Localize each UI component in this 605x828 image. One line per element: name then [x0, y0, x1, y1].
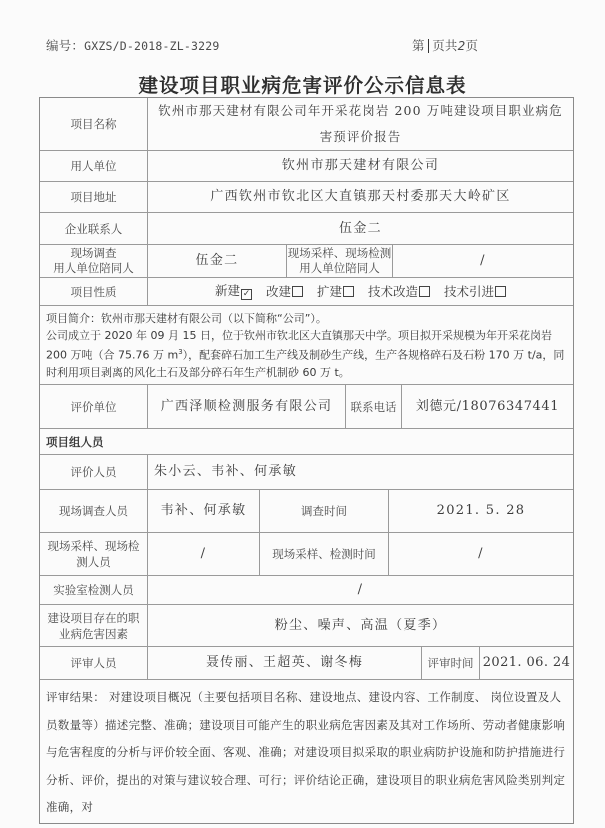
employer-label: 用人单位 — [40, 151, 147, 181]
sampling-time-value: / — [388, 533, 573, 575]
document-number-value: GXZS/D-2018-ZL-3229 — [84, 39, 219, 53]
phone-label: 联系电话 — [345, 385, 401, 428]
survey-staff-label: 现场调查人员 — [40, 490, 147, 532]
sampling-escort-label: 现场采样、现场检测 用人单位陪同人 — [286, 245, 392, 277]
survey-time-value: 2021. 5. 28 — [388, 490, 573, 532]
row-survey-staff: 现场调查人员 韦补、何承敏 调查时间 2021. 5. 28 — [40, 490, 573, 533]
sampling-escort-value: / — [392, 245, 573, 277]
review-time-value: 2021. 06. 24 — [479, 647, 573, 679]
survey-staff-value: 韦补、何承敏 — [147, 490, 259, 532]
hazards-value: 粉尘、噪声、高温（夏季） — [147, 605, 573, 646]
hazards-label: 建设项目存在的职业病危害因素 — [40, 605, 147, 646]
option-label: 技术引进 — [444, 284, 494, 299]
page-prefix: 第 — [412, 38, 425, 53]
document-number: 编号：GXZS/D-2018-ZL-3229 — [46, 36, 219, 54]
row-reviewers: 评审人员 聂传丽、王超英、谢冬梅 评审时间 2021. 06. 24 — [40, 647, 573, 680]
reviewers-value: 聂传丽、王超英、谢冬梅 — [147, 647, 421, 679]
row-escort: 现场调查 用人单位陪同人 伍金二 现场采样、现场检测 用人单位陪同人 / — [40, 245, 573, 278]
team-header: 项目组人员 — [40, 429, 573, 454]
nature-option-rebuild[interactable]: 改建 — [266, 284, 303, 300]
row-nature: 项目性质 新建✓ 改建 扩建 技术改造 技术引进 — [40, 278, 573, 306]
page-title: 建设项目职业病危害评价公示信息表 — [0, 70, 605, 98]
row-project-name: 项目名称 钦州市那天建材有限公司年开采花岗岩 200 万吨建设项目职业病危害预评… — [40, 98, 573, 151]
row-team-header: 项目组人员 — [40, 429, 573, 455]
option-label: 新建 — [215, 283, 240, 298]
checkbox-checked-icon[interactable]: ✓ — [241, 289, 252, 300]
info-table: 项目名称 钦州市那天建材有限公司年开采花岗岩 200 万吨建设项目职业病危害预评… — [39, 97, 574, 824]
project-name-value: 钦州市那天建材有限公司年开采花岗岩 200 万吨建设项目职业病危害预评价报告 — [147, 98, 573, 150]
document-number-label: 编号： — [46, 38, 84, 53]
phone-value: 刘德元/18076347441 — [401, 385, 573, 428]
row-intro: 项目简介：钦州市那天建材有限公司（以下简称“公司”）。 公司成立于 2020 年… — [40, 306, 573, 385]
address-label: 项目地址 — [40, 182, 147, 212]
evaluator-label: 评价单位 — [40, 385, 147, 428]
contact-value: 伍金二 — [147, 213, 573, 244]
nature-label: 项目性质 — [40, 278, 147, 305]
option-label: 改建 — [266, 284, 291, 299]
checkbox-empty-icon[interactable] — [343, 286, 354, 297]
survey-time-label: 调查时间 — [259, 490, 388, 532]
intro-line-1: 项目简介：钦州市那天建材有限公司（以下简称“公司”）。 — [46, 310, 567, 327]
nature-options: 新建✓ 改建 扩建 技术改造 技术引进 — [147, 278, 573, 305]
row-address: 项目地址 广西钦州市钦北区大直镇那天村委那天大岭矿区 — [40, 182, 573, 213]
option-label: 技术改造 — [368, 284, 418, 299]
review-result-text: 评审结果： 对建设项目概况（主要包括项目名称、建设地点、建设内容、工作制度、 岗… — [40, 680, 573, 826]
row-evaluator: 评价单位 广西泽顺检测服务有限公司 联系电话 刘德元/18076347441 — [40, 385, 573, 429]
checkbox-empty-icon[interactable] — [419, 286, 430, 297]
sampling-staff-value: / — [147, 533, 259, 575]
page-indicator: 第页共2页 — [412, 36, 478, 54]
eval-staff-value: 朱小云、韦补、何承敏 — [147, 455, 573, 489]
project-name-label: 项目名称 — [40, 98, 147, 150]
sampling-staff-label: 现场采样、现场检测人员 — [40, 533, 147, 575]
handwritten-page-mark — [428, 39, 430, 53]
nature-option-expand[interactable]: 扩建 — [317, 284, 354, 300]
row-hazards: 建设项目存在的职业病危害因素 粉尘、噪声、高温（夏季） — [40, 605, 573, 647]
evaluator-value: 广西泽顺检测服务有限公司 — [147, 385, 345, 428]
lab-staff-label: 实验室检测人员 — [40, 576, 147, 604]
lab-staff-value: / — [147, 576, 573, 604]
option-label: 扩建 — [317, 284, 342, 299]
row-contact: 企业联系人 伍金二 — [40, 213, 573, 245]
page-suffix: 页 — [465, 38, 478, 53]
row-lab-staff: 实验室检测人员 / — [40, 576, 573, 605]
reviewers-label: 评审人员 — [40, 647, 147, 679]
row-employer: 用人单位 钦州市那天建材有限公司 — [40, 151, 573, 182]
eval-staff-label: 评价人员 — [40, 455, 147, 489]
nature-option-tech-import[interactable]: 技术引进 — [444, 284, 506, 300]
survey-escort-label: 现场调查 用人单位陪同人 — [40, 245, 147, 277]
page-mid: 页共 — [432, 38, 457, 53]
row-sampling-staff: 现场采样、现场检测人员 / 现场采样、检测时间 / — [40, 533, 573, 576]
nature-option-new[interactable]: 新建✓ — [215, 283, 252, 300]
checkbox-empty-icon[interactable] — [292, 286, 303, 297]
intro-body: 公司成立于 2020 年 09 月 15 日，位于钦州市钦北区大直镇那天中学。项… — [46, 327, 567, 381]
employer-value: 钦州市那天建材有限公司 — [147, 151, 573, 181]
review-time-label: 评审时间 — [421, 647, 479, 679]
sampling-time-label: 现场采样、检测时间 — [259, 533, 388, 575]
nature-option-tech-renovation[interactable]: 技术改造 — [368, 284, 430, 300]
project-intro: 项目简介：钦州市那天建材有限公司（以下简称“公司”）。 公司成立于 2020 年… — [40, 306, 573, 385]
checkbox-empty-icon[interactable] — [495, 286, 506, 297]
contact-label: 企业联系人 — [40, 213, 147, 244]
address-value: 广西钦州市钦北区大直镇那天村委那天大岭矿区 — [147, 182, 573, 212]
row-review-result: 评审结果： 对建设项目概况（主要包括项目名称、建设地点、建设内容、工作制度、 岗… — [40, 680, 573, 823]
survey-escort-value: 伍金二 — [147, 245, 286, 277]
row-eval-staff: 评价人员 朱小云、韦补、何承敏 — [40, 455, 573, 490]
